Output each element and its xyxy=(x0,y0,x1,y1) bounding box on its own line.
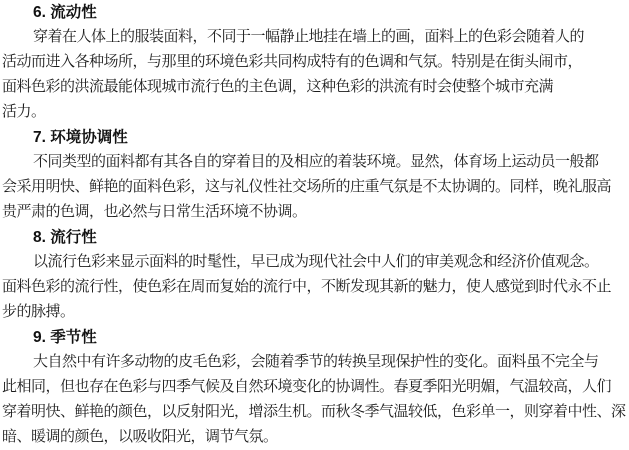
paragraph-line: 步的脉搏。 xyxy=(2,300,629,325)
paragraph-line: 会采用明快、鲜艳的面料色彩，这与礼仪性社交场所的庄重气氛是不太协调的。同样，晚礼… xyxy=(2,175,629,200)
section-popularity: 8. 流行性 以流行色彩来显示面料的时髦性，早已成为现代社会中人们的审美观念和经… xyxy=(2,225,629,325)
document-page: 6. 流动性 穿着在人体上的服装面料，不同于一幅静止地挂在墙上的画，面料上的色彩… xyxy=(0,0,629,450)
section-heading: 7. 环境协调性 xyxy=(2,125,629,150)
section-fluidity: 6. 流动性 穿着在人体上的服装面料，不同于一幅静止地挂在墙上的画，面料上的色彩… xyxy=(2,0,629,125)
section-environment-coordination: 7. 环境协调性 不同类型的面料都有其各自的穿着目的及相应的着装环境。显然，体育… xyxy=(2,125,629,225)
section-seasonality: 9. 季节性 大自然中有许多动物的皮毛色彩，会随着季节的转换呈现保护性的变化。面… xyxy=(2,325,629,450)
section-heading: 6. 流动性 xyxy=(2,0,629,25)
paragraph-line: 此相同，但也存在色彩与四季气候及自然环境变化的协调性。春夏季阳光明媚，气温较高，… xyxy=(2,375,629,400)
paragraph-line: 不同类型的面料都有其各自的穿着目的及相应的着装环境。显然，体育场上运动员一般都 xyxy=(2,150,629,175)
paragraph-line: 面料色彩的洪流最能体现城市流行色的主色调，这种色彩的洪流有时会使整个城市充满 xyxy=(2,75,629,100)
paragraph-line: 穿着明快、鲜艳的颜色，以反射阳光，增添生机。而秋冬季气温较低，色彩单一，则穿着中… xyxy=(2,400,629,425)
paragraph-line: 穿着在人体上的服装面料，不同于一幅静止地挂在墙上的画，面料上的色彩会随着人的 xyxy=(2,25,629,50)
paragraph-line: 贵严肃的色调，也必然与日常生活环境不协调。 xyxy=(2,200,629,225)
paragraph-line: 大自然中有许多动物的皮毛色彩，会随着季节的转换呈现保护性的变化。面料虽不完全与 xyxy=(2,350,629,375)
paragraph-line: 面料色彩的流行性，使色彩在周而复始的流行中，不断发现其新的魅力，使人感觉到时代永… xyxy=(2,275,629,300)
paragraph-line: 暗、暖调的颜色，以吸收阳光，调节气氛。 xyxy=(2,425,629,450)
section-heading: 8. 流行性 xyxy=(2,225,629,250)
paragraph-line: 活力。 xyxy=(2,100,629,125)
paragraph-line: 活动而进入各种场所，与那里的环境色彩共同构成特有的色调和气氛。特别是在街头闹市， xyxy=(2,50,629,75)
text-block: 6. 流动性 穿着在人体上的服装面料，不同于一幅静止地挂在墙上的画，面料上的色彩… xyxy=(0,0,629,450)
paragraph-line: 以流行色彩来显示面料的时髦性，早已成为现代社会中人们的审美观念和经济价值观念。 xyxy=(2,250,629,275)
section-heading: 9. 季节性 xyxy=(2,325,629,350)
